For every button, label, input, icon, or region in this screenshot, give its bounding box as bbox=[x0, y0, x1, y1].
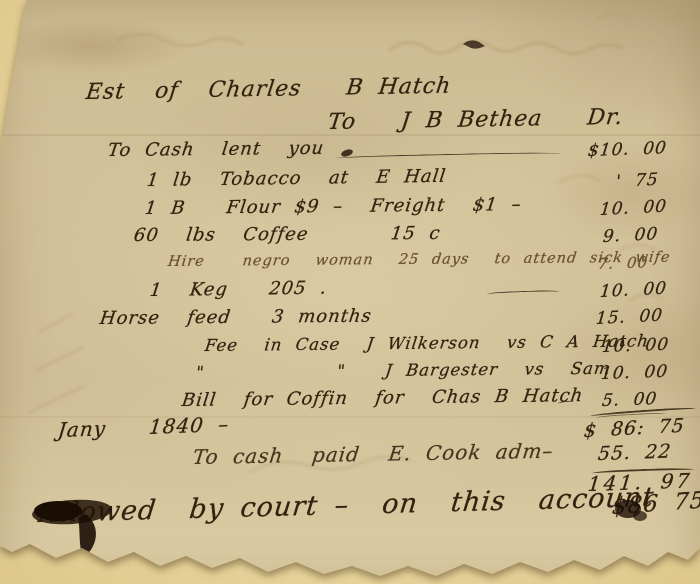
flourish-dash bbox=[487, 290, 559, 297]
entry-desc: 1 Keg 205 . bbox=[149, 278, 329, 302]
document-paper: Est of Charles B Hatch To J B Bethea Dr.… bbox=[0, 0, 700, 584]
entry-amount: $10. 00 bbox=[587, 138, 668, 161]
entry-amount: 15. 00 bbox=[595, 305, 664, 329]
entry-desc: 1 lb Tobacco at E Hall bbox=[146, 166, 448, 191]
photograph-background: { "page": { "backdrop_color": "#e7d49c",… bbox=[0, 0, 700, 584]
entry-amount: 10. 00 bbox=[601, 335, 670, 357]
payment-amount: 55. 22 bbox=[597, 440, 673, 465]
entry-amount: ' 75 bbox=[615, 170, 659, 192]
entry-amount: 9. 00 bbox=[602, 224, 659, 247]
court-allowance-note: Allowed by court – on this account bbox=[38, 482, 656, 529]
flourish-dash bbox=[335, 152, 560, 161]
entry-desc: To Cash lent you bbox=[107, 138, 326, 161]
entry-desc: Bill for Coffin for Chas B Hatch bbox=[181, 385, 585, 411]
entry-desc: Fee in Case J Wilkerson vs C A Hatch bbox=[204, 331, 650, 355]
entry-amount: 10. 00 bbox=[599, 196, 668, 220]
entry-amount: 5. 00 bbox=[601, 389, 658, 411]
entry-amount: 7. 00 bbox=[597, 253, 649, 273]
debtor-line: To J B Bethea Dr. bbox=[326, 105, 624, 135]
entry-amount: 10. 00 bbox=[600, 362, 669, 384]
footer-amount: $86 75 bbox=[611, 487, 700, 520]
subtotal-amount: $ 86: 75 bbox=[583, 415, 686, 442]
entry-amount: 10. 00 bbox=[599, 278, 668, 302]
entry-desc: 1 B Flour $9 – Freight $1 – bbox=[144, 194, 523, 219]
estate-title: Est of Charles B Hatch bbox=[84, 74, 452, 105]
entry-desc: " " J Bargester vs Sam bbox=[195, 359, 612, 382]
date-note: Jany 1840 – bbox=[57, 412, 231, 442]
payment-desc: To cash paid E. Cook adm– bbox=[192, 439, 556, 469]
paper-shadow-wrap: Est of Charles B Hatch To J B Bethea Dr.… bbox=[0, 0, 700, 584]
entry-desc: Horse feed 3 months bbox=[99, 306, 374, 329]
entry-desc: Hire negro woman 25 days to attend sick … bbox=[167, 250, 672, 270]
entry-desc: 60 lbs Coffee 15 c bbox=[133, 223, 442, 246]
